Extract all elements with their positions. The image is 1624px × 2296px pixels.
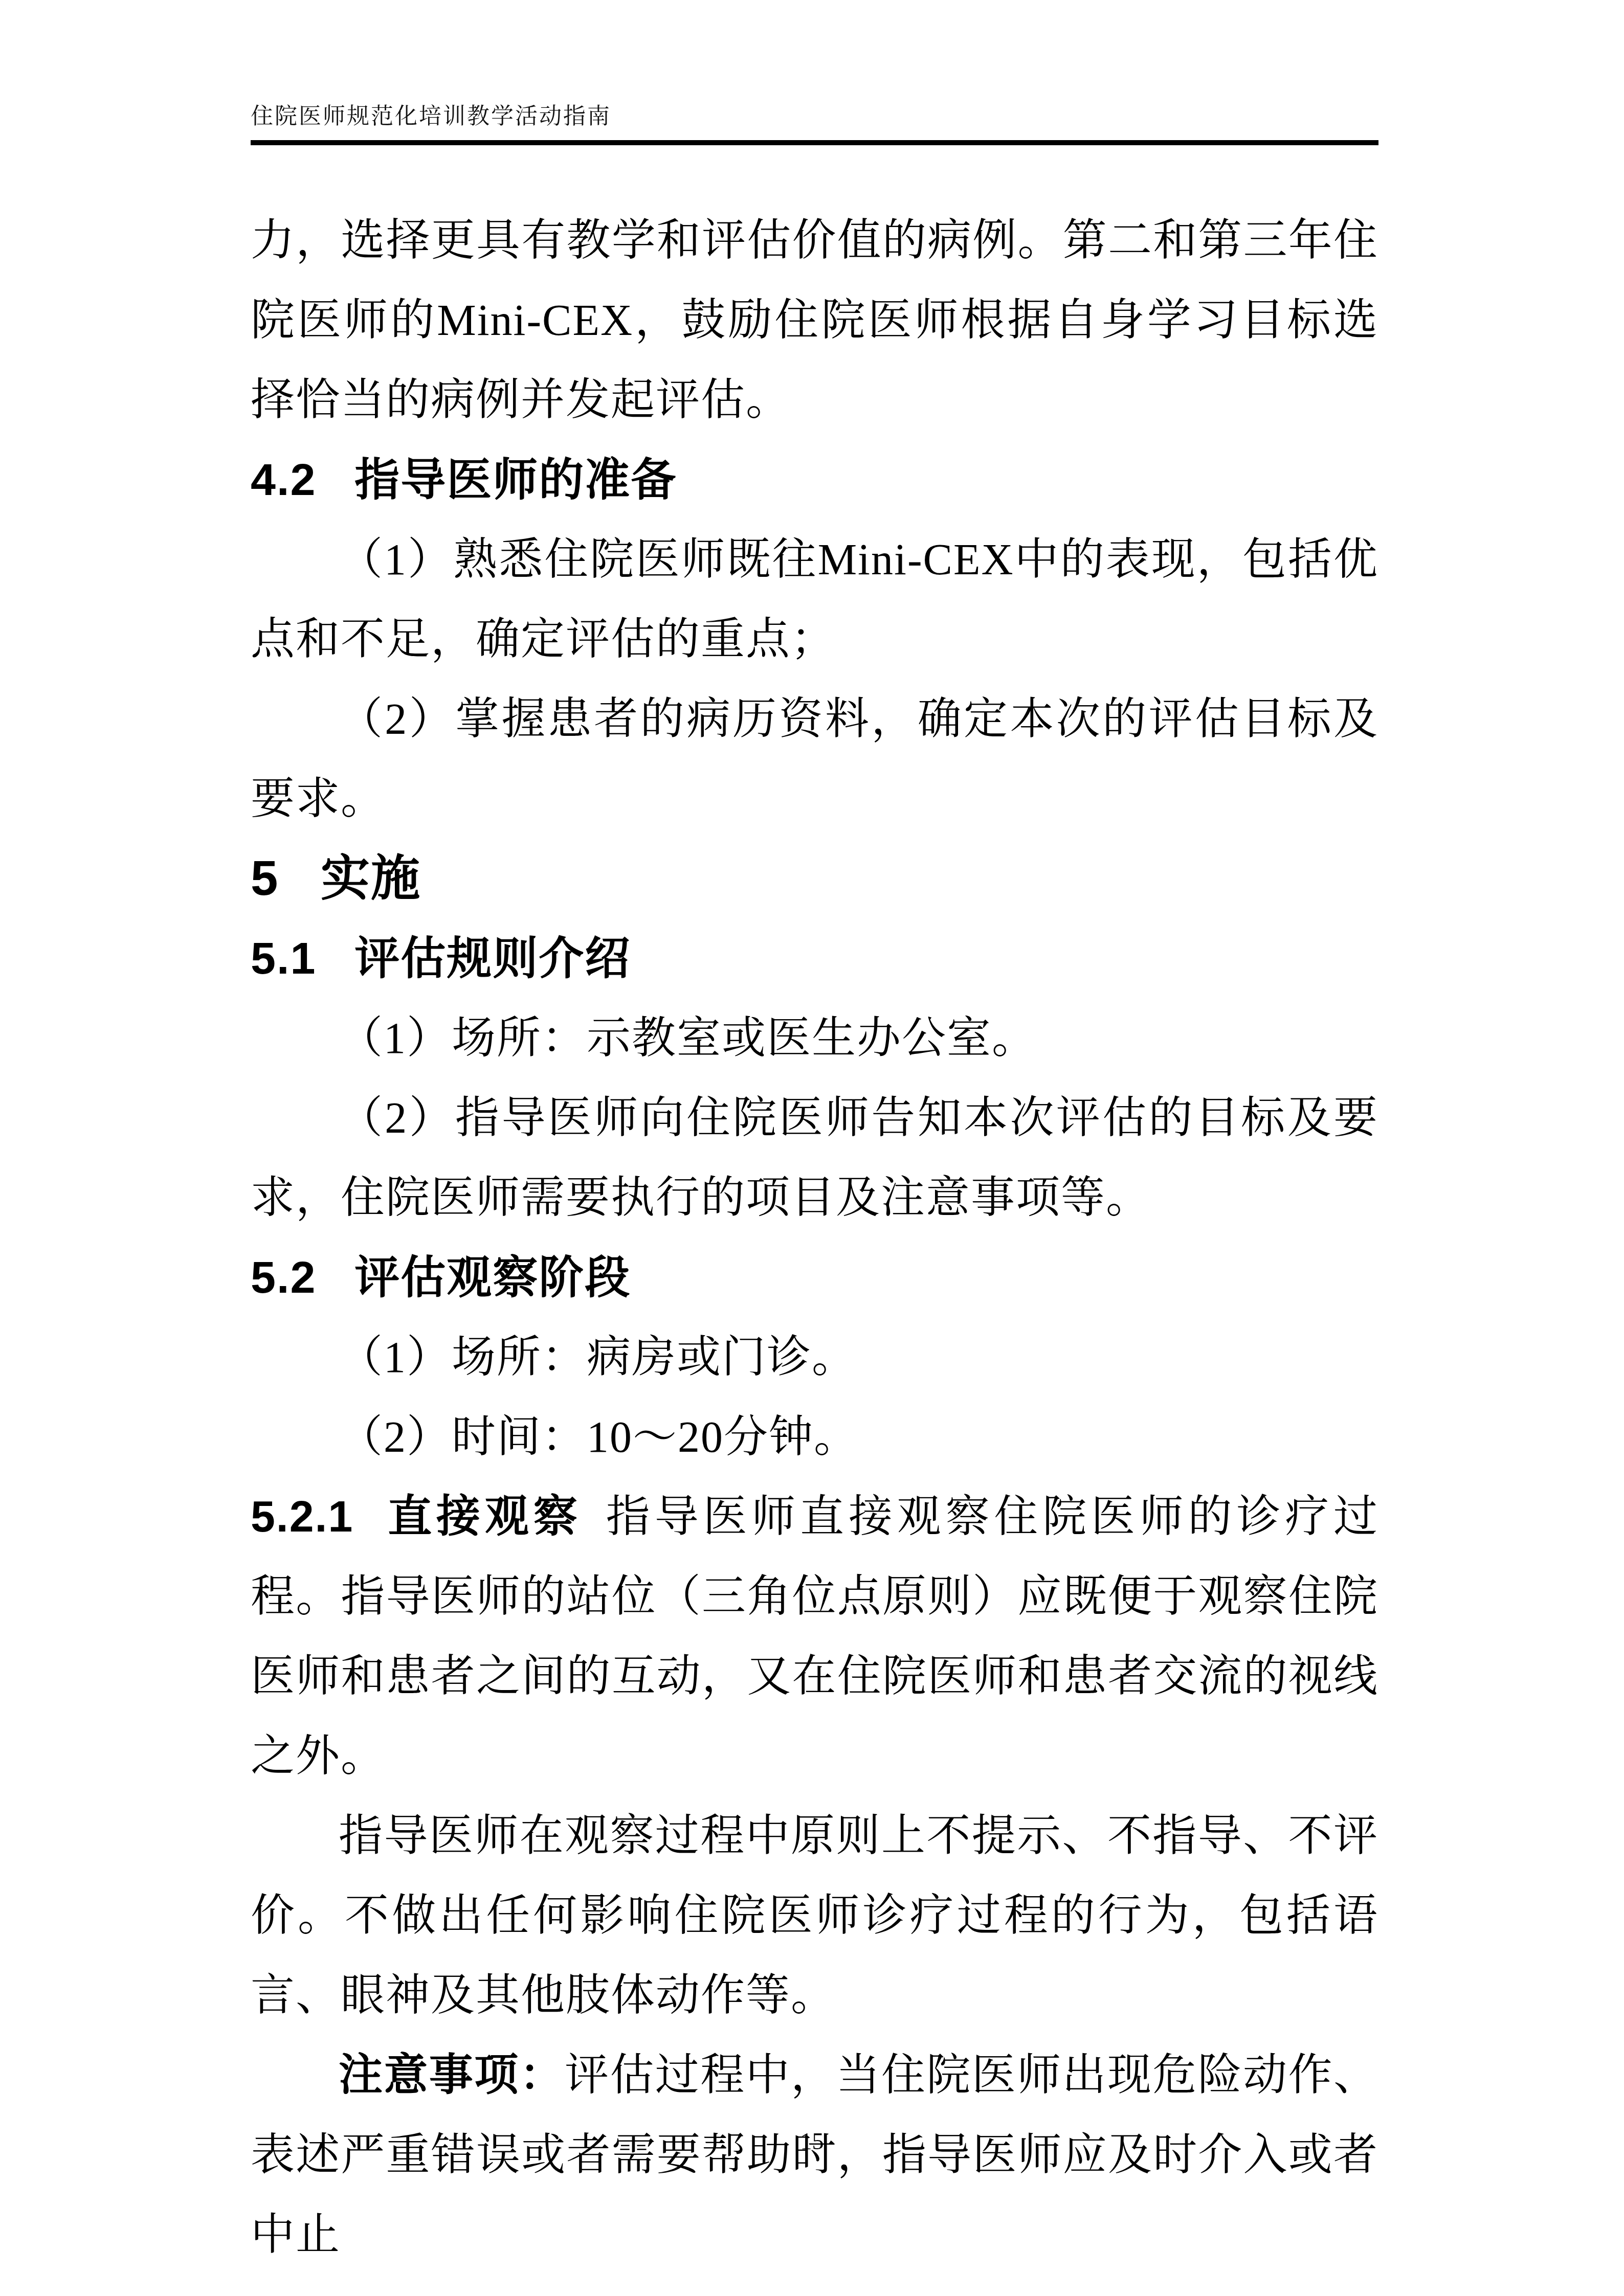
page-header: 住院医师规范化培训教学活动指南 [251,101,1378,145]
paragraph-5-2-1: 5.2.1直接观察指导医师直接观察住院医师的诊疗过程。指导医师的站位（三角位点原… [251,1477,1378,1796]
heading-5-2-title: 评估观察阶段 [354,1252,631,1302]
heading-5-1: 5.1评估规则介绍 [251,918,1378,998]
paragraph-5-1-item-2: （2）指导医师向住院医师告知本次评估的目标及要求，住院医师需要执行的项目及注意事… [251,1078,1378,1237]
header-title: 住院医师规范化培训教学活动指南 [251,101,1378,132]
heading-4-2-number: 4.2 [251,454,316,505]
heading-5-title: 实施 [321,851,421,906]
paragraph-5-1-item-1: （1）场所：示教室或医生办公室。 [251,998,1378,1078]
heading-4-2-title: 指导医师的准备 [354,454,677,505]
heading-5-number: 5 [251,851,279,906]
paragraph-observation-rules: 指导医师在观察过程中原则上不提示、不指导、不评价。不做出任何影响住院医师诊疗过程… [251,1796,1378,2035]
heading-5-2: 5.2评估观察阶段 [251,1237,1378,1317]
page-number: 15 [800,2128,824,2154]
paragraph-4-2-item-1: （1）熟悉住院医师既往Mini-CEX中的表现，包括优点和不足，确定评估的重点； [251,520,1378,679]
document-content: 力，选择更具有教学和评估价值的病例。第二和第三年住院医师的Mini-CEX，鼓励… [251,200,1378,2275]
note-label: 注意事项： [339,2051,565,2100]
paragraph-5-2-item-1: （1）场所：病房或门诊。 [251,1317,1378,1397]
heading-5-1-title: 评估规则介绍 [354,933,631,983]
document-page: 住院医师规范化培训教学活动指南 力，选择更具有教学和评估价值的病例。第二和第三年… [0,0,1624,2296]
heading-5-2-1-number: 5.2.1 [251,1492,353,1541]
page-footer: 15 [0,2126,1624,2157]
paragraph-continuation: 力，选择更具有教学和评估价值的病例。第二和第三年住院医师的Mini-CEX，鼓励… [251,200,1378,440]
paragraph-4-2-item-2: （2）掌握患者的病历资料，确定本次的评估目标及要求。 [251,679,1378,839]
heading-5-1-number: 5.1 [251,933,316,983]
heading-4-2: 4.2指导医师的准备 [251,440,1378,520]
heading-5-2-1-title: 直接观察 [384,1492,582,1541]
paragraph-5-2-item-2: （2）时间：10～20分钟。 [251,1397,1378,1477]
header-rule [251,140,1378,145]
heading-5: 5实施 [251,839,1378,918]
heading-5-2-number: 5.2 [251,1252,316,1302]
